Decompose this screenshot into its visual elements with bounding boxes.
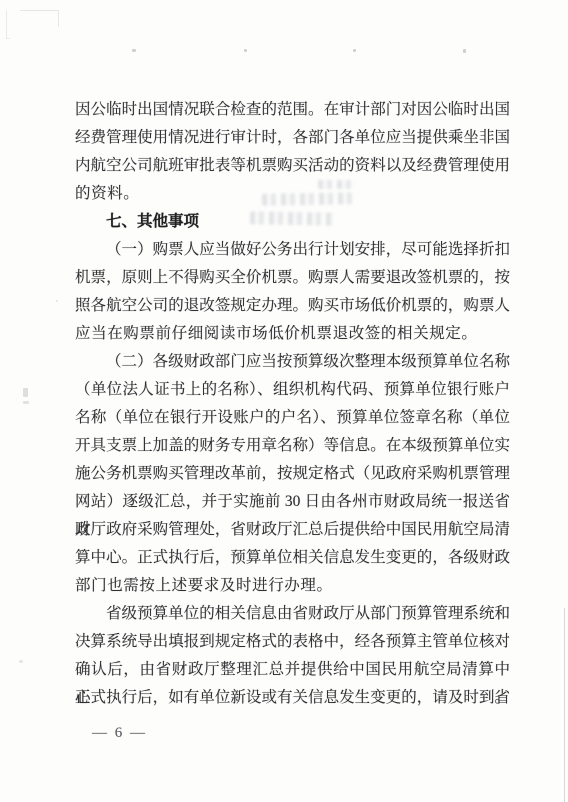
text-line: 开具支票上加盖的财务专用章名称）等信息。在本级预算单位实 [75, 432, 510, 460]
text-line: 确认后，由省财政厅整理汇总并提供给中国民用航空局清算中心。 [75, 656, 510, 684]
scan-speck [463, 49, 466, 53]
text-line: 决算系统导出填报到规定格式的表格中，经各预算主管单位核对 [75, 628, 510, 656]
text-line: （一）购票人应当做好公务出行计划安排，尽可能选择折扣 [75, 236, 510, 264]
text-line: 算中心。正式执行后，预算单位相关信息发生变更的，各级财政 [75, 544, 510, 572]
document-body: 因公临时出国情况联合检查的范围。在审计部门对因公临时出国 经费管理使用情况进行审… [75, 96, 510, 712]
text-line: 经费管理使用情况进行审计时，各部门各单位应当提供乘坐非国 [75, 124, 510, 152]
scan-edge-line [564, 608, 565, 802]
section-heading: 七、其他事项 [75, 208, 510, 236]
scan-speck [19, 660, 23, 663]
text-line: 内航空公司航班审批表等机票购买活动的资料以及经费管理使用 [75, 152, 510, 180]
text-line: 省级预算单位的相关信息由省财政厅从部门预算管理系统和 [75, 600, 510, 628]
scan-speck [56, 300, 58, 302]
scan-artifact-line [20, 10, 59, 27]
text-line: （二）各级财政部门应当按预算级次整理本级预算单位名称 [75, 348, 510, 376]
scan-speck [244, 49, 247, 52]
text-line: 应当在购票前仔细阅读市场低价机票退改签的相关规定。 [75, 320, 510, 348]
text-line: 正式执行后，如有单位新设或有关信息发生变更的，请及时到省 [75, 684, 510, 712]
text-line: 网站）逐级汇总，并于实施前 30 日由各州市财政局统一报送省财 [75, 488, 510, 516]
scan-speck [132, 49, 136, 52]
text-line: 因公临时出国情况联合检查的范围。在审计部门对因公临时出国 [75, 96, 510, 124]
text-line: 的资料。 [75, 180, 510, 208]
scan-speck [23, 388, 28, 397]
text-line: 照各航空公司的退改签规定办理。购买市场低价机票的，购票人 [75, 292, 510, 320]
scan-artifact-corner [6, 6, 58, 40]
text-line: 政厅政府采购管理处，省财政厅汇总后提供给中国民用航空局清 [75, 516, 510, 544]
page-number: — 6 — [92, 725, 147, 742]
scan-artifact-line [6, 10, 10, 39]
scan-speck [353, 49, 356, 52]
text-line: 名称（单位在银行开设账户的户名）、预算单位签章名称（单位 [75, 404, 510, 432]
text-line: 部门也需按上述要求及时进行办理。 [75, 572, 510, 600]
scan-speck [23, 401, 29, 404]
text-line: 施公务机票购买管理改革前，按规定格式（见政府采购机票管理 [75, 460, 510, 488]
document-page: 因公临时出国情况联合检查的范围。在审计部门对因公临时出国 经费管理使用情况进行审… [0, 0, 568, 802]
text-line: 机票，原则上不得购买全价机票。购票人需要退改签机票的，按 [75, 264, 510, 292]
text-line: （单位法人证书上的名称）、组织机构代码、预算单位银行账户 [75, 376, 510, 404]
